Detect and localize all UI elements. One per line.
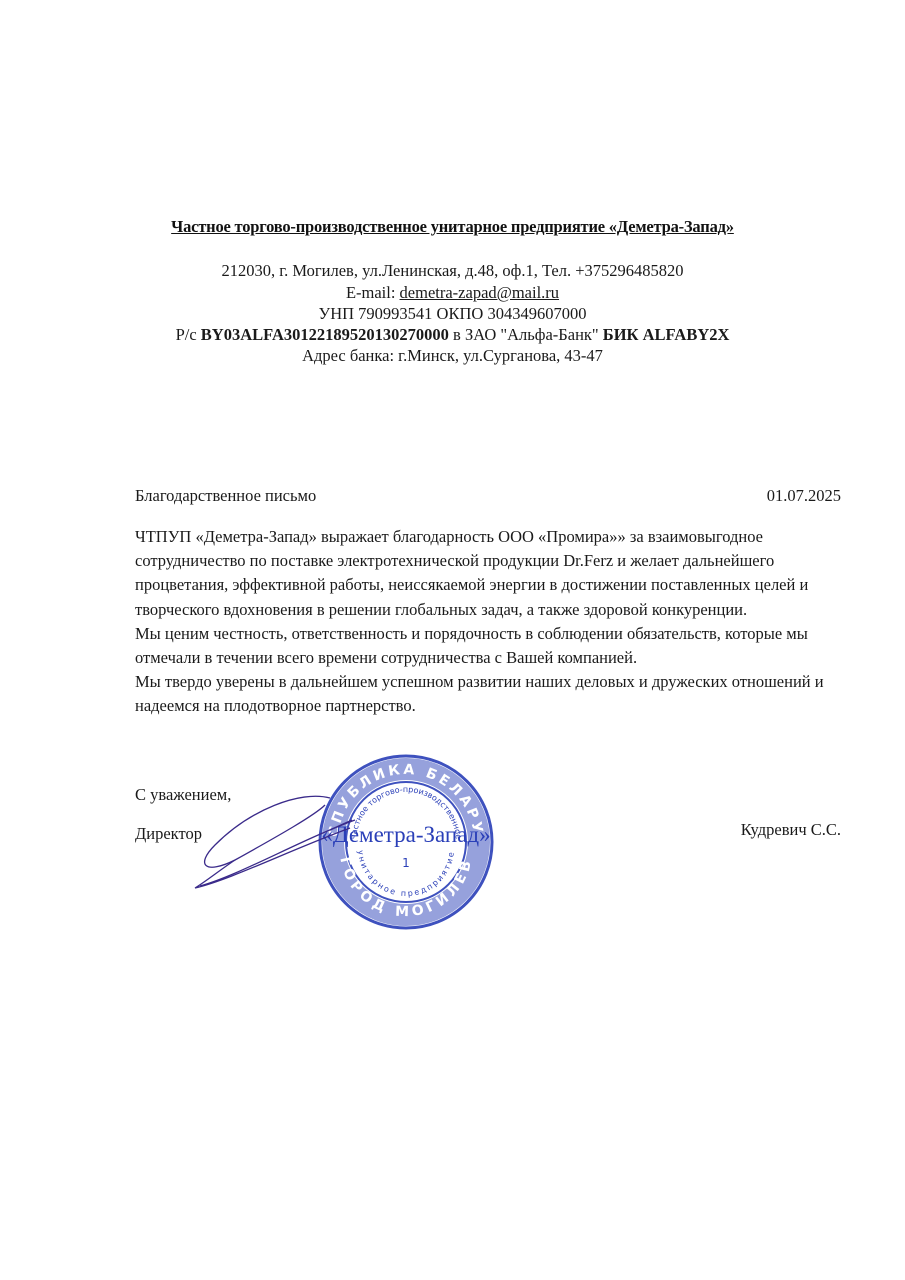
letter-type: Благодарственное письмо	[135, 486, 316, 506]
stamp-number: 1	[402, 856, 410, 870]
bik-code: БИК ALFABY2X	[603, 325, 730, 344]
email-link[interactable]: demetra-zapad@mail.ru	[400, 283, 560, 302]
letter-body: ЧТПУП «Деметра-Запад» выражает благодарн…	[135, 525, 855, 719]
ids-line: УНП 790993541 ОКПО 304349607000	[0, 304, 905, 324]
address-line: 212030, г. Могилев, ул.Ленинская, д.48, …	[0, 261, 905, 281]
paragraph: Мы ценим честность, ответственность и по…	[135, 622, 855, 670]
account-prefix: Р/с	[176, 325, 201, 344]
organization-title: Частное торгово-производственное унитарн…	[0, 217, 905, 237]
bank-account-line: Р/с BY03ALFA30122189520130270000 в ЗАО "…	[0, 325, 905, 345]
signer-name: Кудревич С.С.	[741, 820, 841, 840]
signature-icon	[190, 790, 360, 900]
email-label: E-mail:	[346, 283, 400, 302]
bank-name: в ЗАО "Альфа-Банк"	[449, 325, 603, 344]
letter-date: 01.07.2025	[767, 486, 841, 506]
account-number: BY03ALFA30122189520130270000	[201, 325, 449, 344]
paragraph: Мы твердо уверены в дальнейшем успешном …	[135, 670, 855, 718]
email-line: E-mail: demetra-zapad@mail.ru	[0, 283, 905, 303]
bank-address-line: Адрес банка: г.Минск, ул.Сурганова, 43-4…	[0, 346, 905, 366]
paragraph: ЧТПУП «Деметра-Запад» выражает благодарн…	[135, 525, 855, 622]
